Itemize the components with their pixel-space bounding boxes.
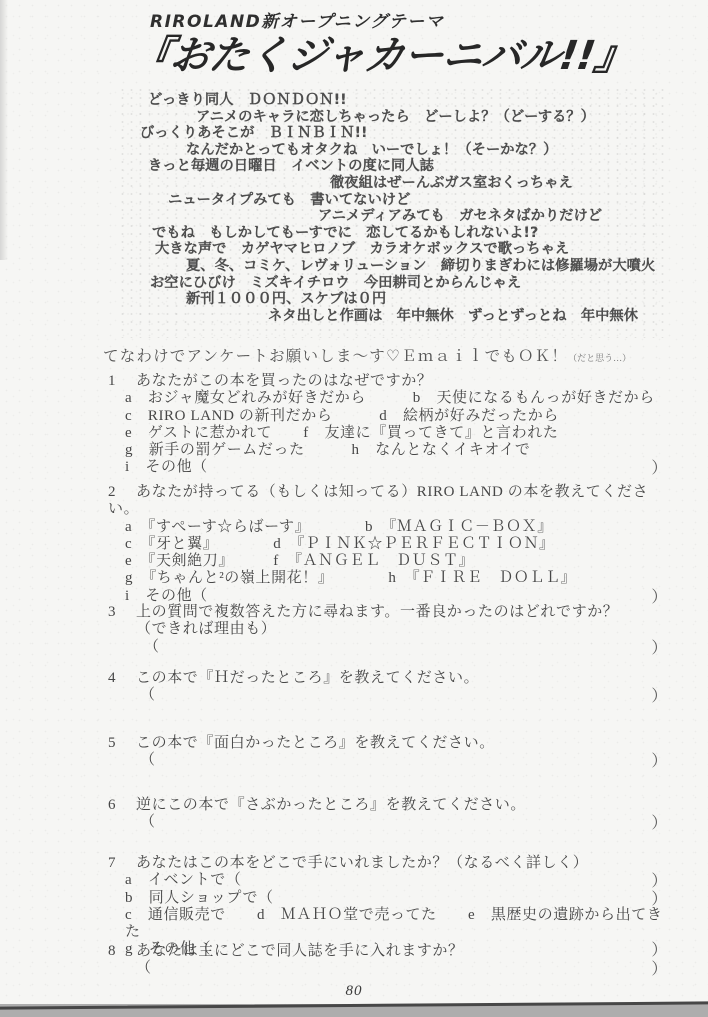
question-heading: 7あなたはこの本をどこで手にいれましたか？（なるべく詳しく） (108, 855, 668, 872)
answer-blank-row: （） (108, 814, 668, 831)
question-title: 逆にこの本で『さぶかったところ』を教えてください。 (136, 797, 526, 813)
question-option-row: e ゲストに惹かれて f 友達に『買ってきて』と言われた (108, 425, 668, 442)
answer-close-paren: ） (651, 873, 668, 890)
answer-close-paren: ） (651, 815, 668, 832)
lyrics-line: アニメのキャラに恋しちゃったら どーしよ？（どーする？） (196, 109, 676, 126)
question-option-row: i その他（） (108, 588, 668, 605)
question-number: 4 (108, 670, 136, 687)
answer-open-paren: （ (140, 752, 156, 768)
question-number: 6 (108, 797, 136, 814)
option-text: c 通信販売で d ＭＡＨＯ堂で売ってた e 黒歴史の遺跡から出てきた (125, 907, 662, 940)
lyrics-line: ネタ出しと作画は 年中無休 ずっとずっとね 年中無休 (268, 308, 676, 325)
lyrics-line: どっきり同人 ＤＯＮＤＯＮ!! (148, 92, 676, 109)
option-text: c 『牙と翼』 d 『ＰＩＮＫ☆ＰＥＲＦＥＣＴＩＯＮ』 (125, 536, 555, 552)
scanned-questionnaire-page: RIROLAND新オープニングテーマ 『おたくジャカーニバル!!』 どっきり同人… (0, 0, 708, 1017)
option-text: i その他（ (125, 459, 208, 475)
question-option-row: c 通信販売で d ＭＡＨＯ堂で売ってた e 黒歴史の遺跡から出てきた (108, 907, 668, 942)
answer-close-paren: ） (651, 891, 668, 908)
option-text: b 同人ショップで（ (125, 890, 274, 906)
question-option-row: c 『牙と翼』 d 『ＰＩＮＫ☆ＰＥＲＦＥＣＴＩＯＮ』 (108, 536, 668, 553)
intro-note: （だと思う…） (568, 353, 631, 363)
question-option-row: g 『ちゃんと²の嶺上開花！』 h 『ＦＩＲＥ ＤＯＬＬ』 (108, 570, 668, 587)
answer-close-paren: ） (651, 640, 668, 657)
answer-open-paren: （ (144, 639, 160, 655)
option-text: a イベントで（ (125, 872, 241, 888)
question-option-row: a イベントで（） (108, 872, 668, 889)
lyrics-line: アニメディアみても ガセネタばかりだけど (318, 208, 676, 225)
answer-open-paren: （ (140, 687, 156, 703)
lyrics-line: きっと毎週の日曜日 イベントの度に同人誌 (148, 158, 676, 175)
question-title: あなたは主にどこで同人誌を手に入れますか？ (136, 943, 464, 959)
question-number: 8 (108, 943, 136, 960)
intro-text: てなわけでアンケートお願いしま～す♡ＥｍａｉｌでもＯＫ！ (103, 348, 568, 365)
question-heading: 5この本で『面白かったところ』を教えてください。 (108, 735, 668, 752)
answer-blank-row: （） (108, 687, 668, 704)
question-title: あなたが持ってる（もしくは知ってる）RIRO LAND の本を教えてください。 (108, 484, 648, 517)
option-text: （できれば理由も） (136, 621, 276, 637)
question-number: 1 (108, 373, 136, 390)
question-6: 6逆にこの本で『さぶかったところ』を教えてください。 （） (108, 797, 668, 832)
question-heading: 8あなたは主にどこで同人誌を手に入れますか？ (108, 943, 668, 960)
question-8: 8あなたは主にどこで同人誌を手に入れますか？ （） (108, 943, 668, 978)
question-4: 4この本で『Ｈだったところ』を教えてください。 （） (108, 670, 668, 705)
question-heading: 6逆にこの本で『さぶかったところ』を教えてください。 (108, 797, 668, 814)
question-3: 3上の質問で複数答えた方に尋ねます。一番良かったのはどれですか？ （できれば理由… (108, 604, 668, 656)
answer-blank-row: （） (108, 639, 668, 656)
answer-close-paren: ） (651, 688, 668, 705)
option-text: e ゲストに惹かれて f 友達に『買ってきて』と言われた (125, 425, 558, 441)
question-heading: 3上の質問で複数答えた方に尋ねます。一番良かったのはどれですか？ (108, 604, 668, 621)
question-option-row: i その他（） (108, 459, 668, 476)
page-title: 『おたくジャカーニバル!!』 (128, 24, 638, 81)
question-option-row: e 『天剣絶刀』 f 『ＡＮＧＥＬ ＤＵＳＴ』 (108, 553, 668, 570)
lyrics-line: 新刊１０００円、スケブは０円 (186, 291, 676, 308)
question-number: 5 (108, 735, 136, 752)
answer-open-paren: （ (140, 814, 156, 830)
page-number: 80 (0, 983, 708, 1000)
lyrics-line: 徹夜組はぜーんぶガス室おくっちゃえ (330, 175, 676, 192)
option-text: i その他（ (125, 588, 208, 604)
question-number: 7 (108, 855, 136, 872)
lyrics-line: でもね もしかしてもーすでに 恋してるかもしれないよ!? (152, 225, 676, 242)
option-text: a 『すぺーす☆らばーす』 b 『ＭＡＧＩＣ－ＢＯＸ』 (125, 519, 553, 535)
answer-blank-row: （） (108, 960, 668, 977)
question-option-row: a 『すぺーす☆らばーす』 b 『ＭＡＧＩＣ－ＢＯＸ』 (108, 519, 668, 536)
question-2: 2あなたが持ってる（もしくは知ってる）RIRO LAND の本を教えてください。… (108, 484, 668, 605)
question-title: 上の質問で複数答えた方に尋ねます。一番良かったのはどれですか？ (136, 604, 618, 620)
survey-intro-line: てなわけでアンケートお願いしま～す♡ＥｍａｉｌでもＯＫ！（だと思う…） (103, 344, 631, 366)
question-heading: 1あなたがこの本を買ったのはなぜですか？ (108, 373, 668, 390)
question-title: あなたがこの本を買ったのはなぜですか？ (136, 373, 432, 389)
lyrics-line: なんだかとってもオタクね いーでしょ！（そーかな？） (186, 142, 676, 159)
option-text: e 『天剣絶刀』 f 『ＡＮＧＥＬ ＤＵＳＴ』 (125, 553, 474, 569)
lyrics-line: 夏、冬、コミケ、レヴォリューション 締切りまぎわには修羅場が大噴火 (186, 258, 676, 275)
question-title: あなたはこの本をどこで手にいれましたか？（なるべく詳しく） (136, 855, 588, 871)
lyrics-line: びっくりあそこが ＢＩＮＢＩＮ!! (140, 125, 676, 142)
question-number: 2 (108, 484, 136, 501)
answer-open-paren: （ (136, 960, 152, 976)
lyrics-line: ニュータイプみても 書いてないけど (168, 192, 676, 209)
lyrics-block: どっきり同人 ＤＯＮＤＯＮ!! アニメのキャラに恋しちゃったら どーしよ？（どー… (136, 92, 676, 324)
lyrics-line: お空にひびけ ミズキイチロウ 今田耕司とからんじゃえ (150, 275, 676, 292)
question-title: この本で『Ｈだったところ』を教えてください。 (136, 670, 479, 686)
question-heading: 4この本で『Ｈだったところ』を教えてください。 (108, 670, 668, 687)
question-option-row: c RIRO LAND の新刊だから d 絵柄が好みだったから (108, 408, 668, 425)
answer-blank-row: （） (108, 752, 668, 769)
question-option-row: g 新手の罰ゲームだった h なんとなくイキオイで (108, 442, 668, 459)
question-option-row: b 同人ショップで（） (108, 890, 668, 907)
option-text: g 『ちゃんと²の嶺上開花！』 h 『ＦＩＲＥ ＤＯＬＬ』 (125, 570, 576, 586)
scan-left-edge-shadow (0, 0, 8, 260)
answer-close-paren: ） (651, 753, 668, 770)
question-5: 5この本で『面白かったところ』を教えてください。 （） (108, 735, 668, 770)
option-text: g 新手の罰ゲームだった h なんとなくイキオイで (125, 442, 530, 458)
question-heading: 2あなたが持ってる（もしくは知ってる）RIRO LAND の本を教えてください。 (108, 484, 668, 519)
question-subtitle-row: （できれば理由も） (108, 621, 668, 638)
question-option-row: a おジャ魔女どれみが好きだから b 天使になるもんっが好きだから (108, 390, 668, 407)
answer-close-paren: ） (651, 961, 668, 978)
question-title: この本で『面白かったところ』を教えてください。 (136, 735, 495, 751)
lyrics-line: 大きな声で カゲヤマヒロノブ カラオケボックスで歌っちゃえ (155, 241, 676, 258)
answer-close-paren: ） (651, 460, 668, 477)
option-text: a おジャ魔女どれみが好きだから b 天使になるもんっが好きだから (125, 390, 655, 406)
question-number: 3 (108, 604, 136, 621)
option-text: c RIRO LAND の新刊だから d 絵柄が好みだったから (125, 408, 559, 424)
question-1: 1あなたがこの本を買ったのはなぜですか？ a おジャ魔女どれみが好きだから b … (108, 373, 668, 477)
